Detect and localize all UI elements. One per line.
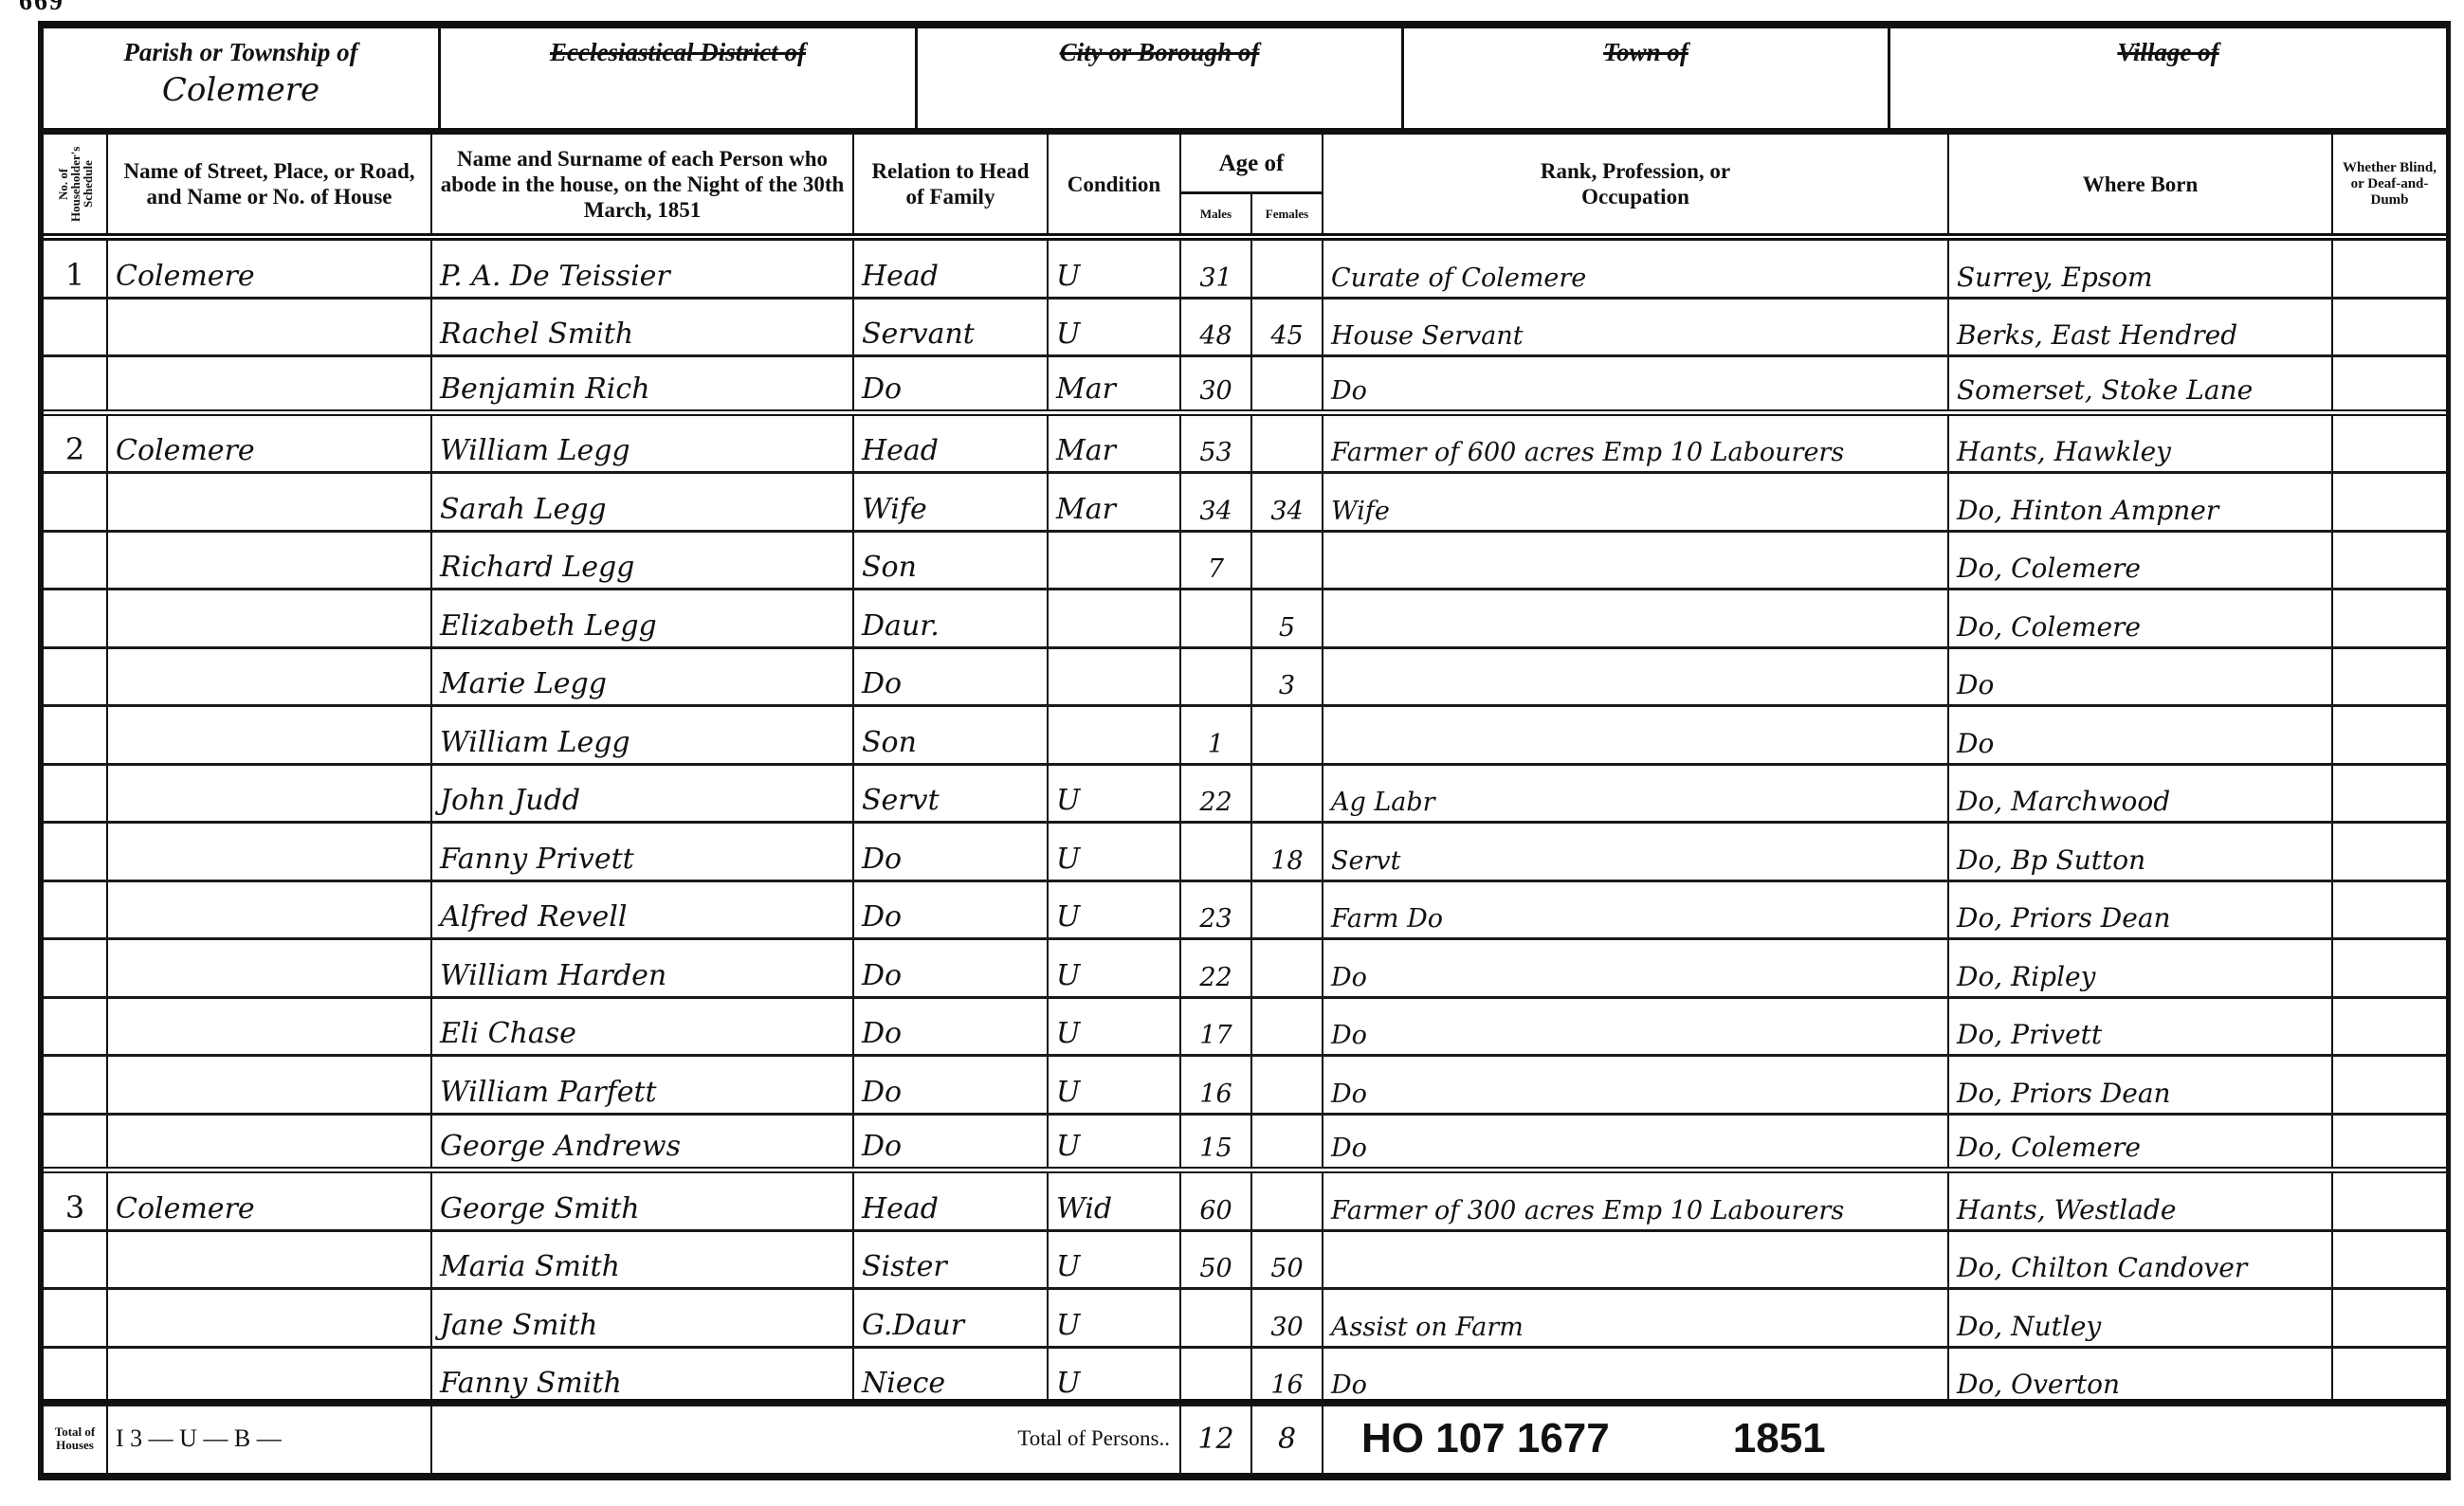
street-name-cell [108,940,432,996]
marital-condition-cell: U [1049,299,1181,355]
female-age-cell: 50 [1252,1232,1323,1288]
city-borough-cell: City or Borough of [918,28,1404,128]
blind-deaf-cell [2333,1173,2446,1229]
header-females: Females [1252,194,1322,233]
person-name-cell: Maria Smith [432,1232,854,1288]
occupation-cell: Do [1323,357,1949,409]
occupation-cell [1323,590,1949,646]
female-age-cell: 3 [1252,649,1323,705]
male-age-cell: 48 [1181,299,1252,355]
relation-to-head-cell: Head [854,416,1049,472]
occupation-cell: Do [1323,1116,1949,1168]
where-born-cell: Do [1949,707,2333,763]
person-name-cell: William Harden [432,940,854,996]
blind-deaf-cell [2333,241,2446,297]
blind-deaf-cell [2333,474,2446,530]
street-name-cell [108,1290,432,1346]
schedule-number-cell [44,590,108,646]
schedule-number-cell [44,824,108,880]
marital-condition-cell [1049,533,1181,589]
person-name-cell: George Smith [432,1173,854,1229]
table-row: Jane SmithG.DaurU30Assist on FarmDo, Nut… [44,1290,2446,1349]
female-age-cell [1252,241,1323,297]
schedule-number-cell [44,1290,108,1346]
schedule-number-cell [44,533,108,589]
blind-deaf-cell [2333,999,2446,1055]
schedule-number-cell [44,649,108,705]
street-name-cell [108,357,432,409]
schedule-number-cell [44,474,108,530]
where-born-cell: Do, Ripley [1949,940,2333,996]
female-age-cell: 5 [1252,590,1323,646]
marital-condition-cell: Mar [1049,416,1181,472]
town-label: Town of [1404,38,1888,67]
street-name-cell [108,474,432,530]
relation-to-head-cell: Son [854,707,1049,763]
table-row: Elizabeth LeggDaur.5Do, Colemere [44,590,2446,649]
where-born-cell: Do, Hinton Ampner [1949,474,2333,530]
male-age-cell: 17 [1181,999,1252,1055]
male-age-cell: 23 [1181,882,1252,938]
blind-deaf-cell [2333,940,2446,996]
schedule-number-cell [44,1116,108,1168]
total-houses-value: I 3 — U — B — [108,1405,432,1473]
relation-to-head-cell: Do [854,824,1049,880]
marital-condition-cell [1049,707,1181,763]
where-born-cell: Somerset, Stoke Lane [1949,357,2333,409]
village-cell: Village of [1890,28,2446,128]
marital-condition-cell: U [1049,1232,1181,1288]
relation-to-head-cell: Do [854,882,1049,938]
male-age-cell: 1 [1181,707,1252,763]
person-name-cell: William Legg [432,707,854,763]
parish-label: Parish or Township of [44,38,438,67]
blind-deaf-cell [2333,533,2446,589]
page-number-mark: 669 [19,0,64,17]
male-age-cell: 50 [1181,1232,1252,1288]
occupation-cell: Ag Labr [1323,766,1949,822]
person-name-cell: Richard Legg [432,533,854,589]
male-age-cell: 7 [1181,533,1252,589]
female-age-cell [1252,707,1323,763]
parish-cell: Parish or Township of Colemere [44,28,441,128]
ecclesiastical-district-cell: Ecclesiastical District of [441,28,918,128]
relation-to-head-cell: Servt [854,766,1049,822]
occupation-cell [1323,707,1949,763]
blind-deaf-cell [2333,1232,2446,1288]
relation-to-head-cell: Sister [854,1232,1049,1288]
piece-reference: HO 107 1677 [1361,1415,1610,1462]
occupation-cell: Do [1323,1057,1949,1113]
table-row: William ParfettDoU16DoDo, Priors Dean [44,1057,2446,1116]
marital-condition-cell: U [1049,824,1181,880]
female-age-cell [1252,1173,1323,1229]
occupation-cell [1323,1232,1949,1288]
schedule-number-cell [44,707,108,763]
male-age-cell: 16 [1181,1057,1252,1113]
person-name-cell: Jane Smith [432,1290,854,1346]
occupation-cell: Do [1323,940,1949,996]
street-name-cell [108,1116,432,1168]
occupation-cell: Wife [1323,474,1949,530]
city-borough-label: City or Borough of [918,38,1401,67]
where-born-cell: Do, Chilton Candover [1949,1232,2333,1288]
marital-condition-cell [1049,590,1181,646]
table-row: 2ColemereWilliam LeggHeadMar53Farmer of … [44,416,2446,475]
table-row: Maria SmithSisterU5050Do, Chilton Candov… [44,1232,2446,1291]
table-row: George AndrewsDoU15DoDo, Colemere [44,1116,2446,1174]
relation-to-head-cell: Head [854,1173,1049,1229]
occupation-cell: Farmer of 300 acres Emp 10 Labourers [1323,1173,1949,1229]
marital-condition-cell: U [1049,241,1181,297]
table-row: Sarah LeggWifeMar3434WifeDo, Hinton Ampn… [44,474,2446,533]
male-age-cell: 53 [1181,416,1252,472]
table-row: Richard LeggSon7Do, Colemere [44,533,2446,591]
marital-condition-cell: U [1049,1116,1181,1168]
total-persons-label: Total of Persons.. [432,1405,1181,1473]
street-name-cell [108,1349,432,1405]
schedule-number-cell: 2 [44,416,108,472]
header-occupation: Rank, Profession, or Occupation [1323,135,1949,233]
marital-condition-cell: U [1049,1290,1181,1346]
header-males: Males [1181,194,1252,233]
male-age-cell: 22 [1181,940,1252,996]
street-name-cell [108,999,432,1055]
header-age-of: Age of [1181,135,1322,194]
where-born-cell: Do, Priors Dean [1949,882,2333,938]
female-age-cell [1252,999,1323,1055]
header-street: Name of Street, Place, or Road, and Name… [108,135,432,233]
header-condition: Condition [1049,135,1181,233]
ecclesiastical-district-label: Ecclesiastical District of [441,38,915,67]
male-age-cell [1181,1349,1252,1405]
male-age-cell [1181,824,1252,880]
person-name-cell: William Parfett [432,1057,854,1113]
town-cell: Town of [1404,28,1890,128]
marital-condition-cell: U [1049,766,1181,822]
schedule-number-cell [44,299,108,355]
street-name-cell [108,766,432,822]
blind-deaf-cell [2333,357,2446,409]
table-row: 3ColemereGeorge SmithHeadWid60Farmer of … [44,1173,2446,1232]
person-name-cell: Marie Legg [432,649,854,705]
person-name-cell: P. A. De Teissier [432,241,854,297]
where-born-cell: Do, Marchwood [1949,766,2333,822]
occupation-cell: Do [1323,999,1949,1055]
where-born-cell: Do [1949,649,2333,705]
person-name-cell: Fanny Privett [432,824,854,880]
occupation-cell: Servt [1323,824,1949,880]
relation-to-head-cell: Do [854,999,1049,1055]
where-born-cell: Do, Colemere [1949,1116,2333,1168]
female-age-cell [1252,416,1323,472]
person-name-cell: Rachel Smith [432,299,854,355]
table-row: 1ColemereP. A. De TeissierHeadU31Curate … [44,241,2446,299]
occupation-cell [1323,649,1949,705]
relation-to-head-cell: Wife [854,474,1049,530]
schedule-number-cell [44,357,108,409]
marital-condition-cell: Wid [1049,1173,1181,1229]
table-row: Fanny SmithNieceU16DoDo, Overton [44,1349,2446,1407]
relation-to-head-cell: Do [854,940,1049,996]
occupation-cell: Farmer of 600 acres Emp 10 Labourers [1323,416,1949,472]
street-name-cell: Colemere [108,241,432,297]
table-row: Fanny PrivettDoU18ServtDo, Bp Sutton [44,824,2446,882]
female-age-cell: 45 [1252,299,1323,355]
where-born-cell: Do, Colemere [1949,533,2333,589]
male-age-cell: 34 [1181,474,1252,530]
occupation-cell: Do [1323,1349,1949,1405]
table-row: Eli ChaseDoU17DoDo, Privett [44,999,2446,1058]
total-houses-label: Total of Houses [44,1405,108,1473]
schedule-number-cell [44,1057,108,1113]
parish-value: Colemere [44,71,438,109]
blind-deaf-cell [2333,590,2446,646]
where-born-cell: Hants, Hawkley [1949,416,2333,472]
occupation-cell: Farm Do [1323,882,1949,938]
archive-reference: HO 107 1677 1851 [1323,1405,2446,1473]
marital-condition-cell: U [1049,999,1181,1055]
person-name-cell: Sarah Legg [432,474,854,530]
street-name-cell [108,299,432,355]
female-age-cell: 16 [1252,1349,1323,1405]
female-age-cell: 30 [1252,1290,1323,1346]
female-age-cell: 34 [1252,474,1323,530]
location-header: Parish or Township of Colemere Ecclesias… [44,28,2446,135]
female-age-cell [1252,357,1323,409]
female-age-cell: 18 [1252,824,1323,880]
where-born-cell: Do, Bp Sutton [1949,824,2333,880]
header-name: Name and Surname of each Person who abod… [432,135,854,233]
female-age-cell [1252,1116,1323,1168]
schedule-number-cell: 1 [44,241,108,297]
census-year: 1851 [1733,1415,1826,1462]
female-age-cell [1252,766,1323,822]
blind-deaf-cell [2333,1290,2446,1346]
where-born-cell: Hants, Westlade [1949,1173,2333,1229]
where-born-cell: Berks, East Hendred [1949,299,2333,355]
table-row: Marie LeggDo3Do [44,649,2446,708]
header-schedule: No. of Householder's Schedule [44,135,108,233]
male-age-cell: 31 [1181,241,1252,297]
blind-deaf-cell [2333,707,2446,763]
female-age-cell [1252,1057,1323,1113]
person-name-cell: Benjamin Rich [432,357,854,409]
schedule-number-cell [44,766,108,822]
male-age-cell: 15 [1181,1116,1252,1168]
male-age-cell [1181,590,1252,646]
schedule-number-cell [44,1349,108,1405]
person-name-cell: Alfred Revell [432,882,854,938]
person-name-cell: Eli Chase [432,999,854,1055]
street-name-cell [108,707,432,763]
table-row: William HardenDoU22DoDo, Ripley [44,940,2446,999]
schedule-number-cell [44,999,108,1055]
relation-to-head-cell: Son [854,533,1049,589]
table-row: William LeggSon1Do [44,707,2446,766]
street-name-cell [108,590,432,646]
person-name-cell: John Judd [432,766,854,822]
street-name-cell [108,649,432,705]
person-name-cell: George Andrews [432,1116,854,1168]
where-born-cell: Do, Priors Dean [1949,1057,2333,1113]
blind-deaf-cell [2333,824,2446,880]
census-entries: 1ColemereP. A. De TeissierHeadU31Curate … [44,241,2446,1406]
male-age-cell [1181,649,1252,705]
village-label: Village of [1890,38,2446,67]
where-born-cell: Do, Overton [1949,1349,2333,1405]
header-where-born: Where Born [1949,135,2333,233]
blind-deaf-cell [2333,766,2446,822]
marital-condition-cell: Mar [1049,474,1181,530]
where-born-cell: Do, Nutley [1949,1290,2333,1346]
blind-deaf-cell [2333,649,2446,705]
street-name-cell: Colemere [108,1173,432,1229]
relation-to-head-cell: G.Daur [854,1290,1049,1346]
total-males: 12 [1181,1405,1252,1473]
header-relation: Relation to Head of Family [854,135,1049,233]
table-row: Rachel SmithServantU4845House ServantBer… [44,299,2446,358]
blind-deaf-cell [2333,1057,2446,1113]
blind-deaf-cell [2333,882,2446,938]
table-row: John JuddServtU22Ag LabrDo, Marchwood [44,766,2446,825]
blind-deaf-cell [2333,1349,2446,1405]
relation-to-head-cell: Servant [854,299,1049,355]
relation-to-head-cell: Head [854,241,1049,297]
street-name-cell: Colemere [108,416,432,472]
street-name-cell [108,882,432,938]
marital-condition-cell: U [1049,882,1181,938]
occupation-cell [1323,533,1949,589]
relation-to-head-cell: Daur. [854,590,1049,646]
relation-to-head-cell: Do [854,357,1049,409]
total-females: 8 [1252,1405,1323,1473]
schedule-number-cell: 3 [44,1173,108,1229]
occupation-cell: House Servant [1323,299,1949,355]
male-age-cell [1181,1290,1252,1346]
male-age-cell: 30 [1181,357,1252,409]
street-name-cell [108,824,432,880]
relation-to-head-cell: Do [854,1057,1049,1113]
marital-condition-cell: Mar [1049,357,1181,409]
totals-row: Total of Houses I 3 — U — B — Total of P… [44,1399,2446,1473]
relation-to-head-cell: Niece [854,1349,1049,1405]
schedule-number-cell [44,1232,108,1288]
relation-to-head-cell: Do [854,649,1049,705]
street-name-cell [108,1232,432,1288]
schedule-number-cell [44,940,108,996]
header-blind-deaf: Whether Blind, or Deaf-and-Dumb [2333,135,2446,233]
marital-condition-cell: U [1049,1057,1181,1113]
where-born-cell: Do, Privett [1949,999,2333,1055]
female-age-cell [1252,940,1323,996]
table-row: Benjamin RichDoMar30DoSomerset, Stoke La… [44,357,2446,416]
relation-to-head-cell: Do [854,1116,1049,1168]
occupation-cell: Assist on Farm [1323,1290,1949,1346]
marital-condition-cell [1049,649,1181,705]
female-age-cell [1252,882,1323,938]
street-name-cell [108,533,432,589]
blind-deaf-cell [2333,299,2446,355]
where-born-cell: Do, Colemere [1949,590,2333,646]
census-enumeration-sheet: Parish or Township of Colemere Ecclesias… [38,21,2451,1480]
person-name-cell: Fanny Smith [432,1349,854,1405]
where-born-cell: Surrey, Epsom [1949,241,2333,297]
column-header-row: No. of Householder's Schedule Name of St… [44,135,2446,241]
marital-condition-cell: U [1049,1349,1181,1405]
header-age: Age of Males Females [1181,135,1323,233]
street-name-cell [108,1057,432,1113]
blind-deaf-cell [2333,416,2446,472]
person-name-cell: William Legg [432,416,854,472]
schedule-number-cell [44,882,108,938]
female-age-cell [1252,533,1323,589]
male-age-cell: 22 [1181,766,1252,822]
marital-condition-cell: U [1049,940,1181,996]
occupation-cell: Curate of Colemere [1323,241,1949,297]
blind-deaf-cell [2333,1116,2446,1168]
person-name-cell: Elizabeth Legg [432,590,854,646]
table-row: Alfred RevellDoU23Farm DoDo, Priors Dean [44,882,2446,941]
male-age-cell: 60 [1181,1173,1252,1229]
